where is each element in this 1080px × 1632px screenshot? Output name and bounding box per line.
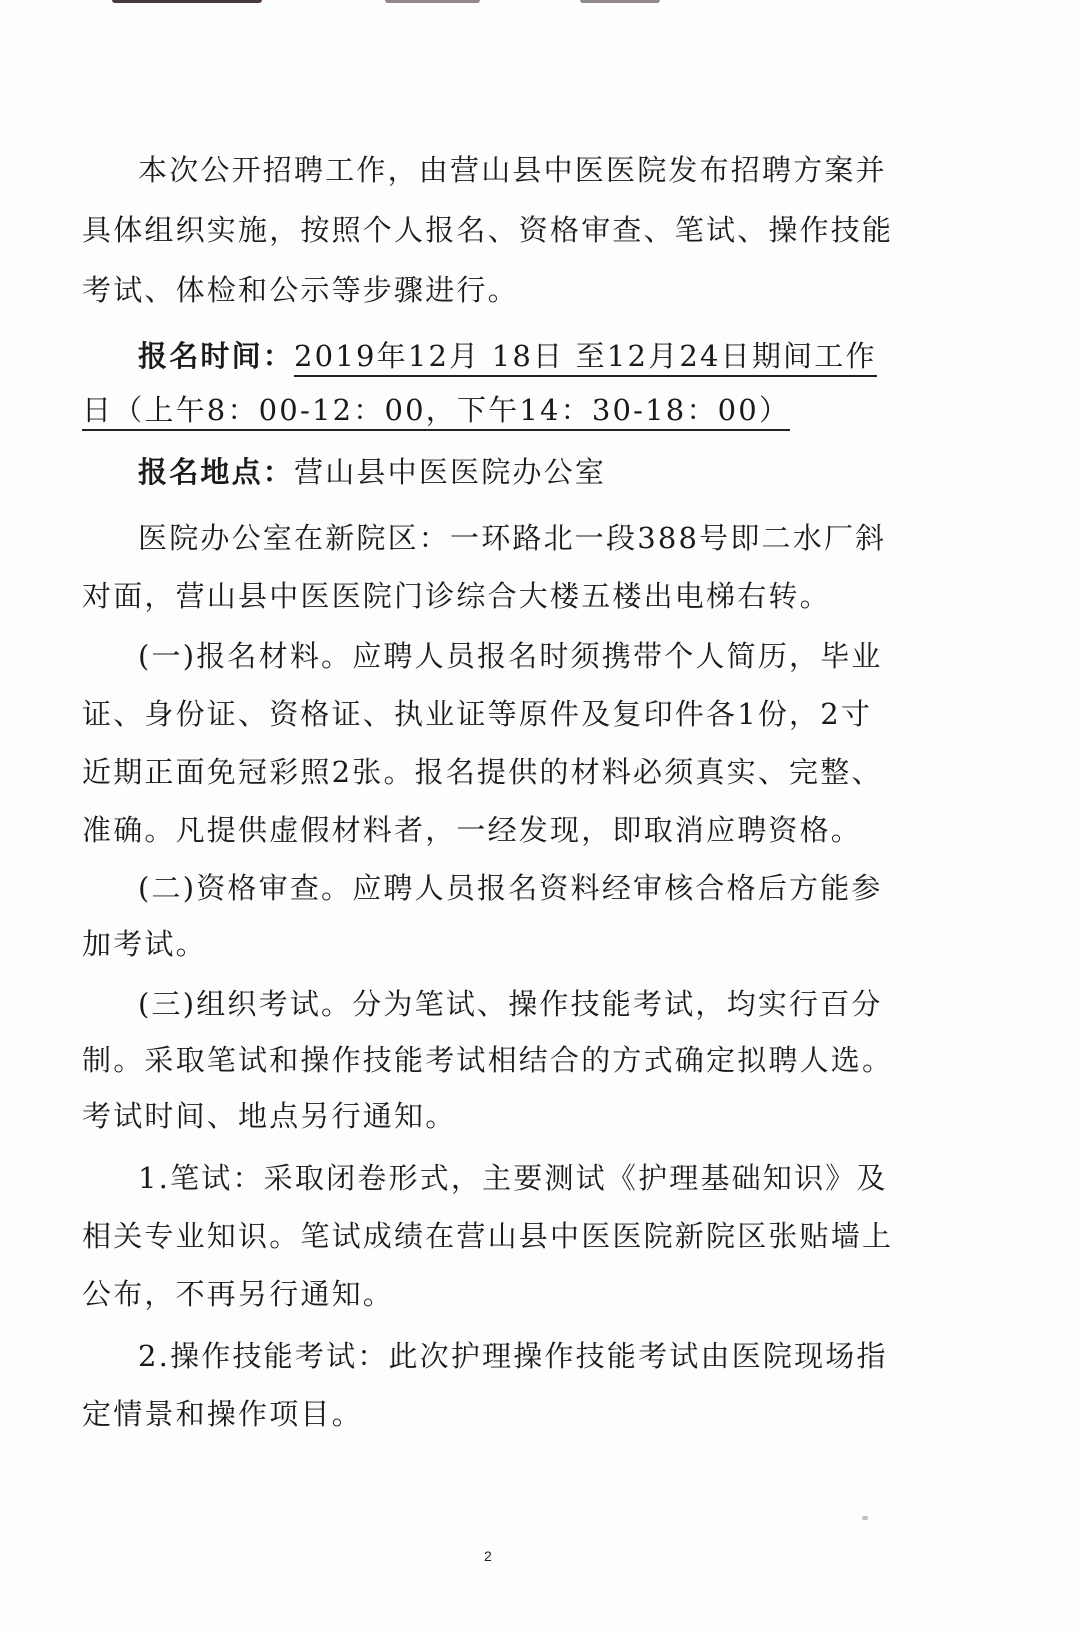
text-line: (三)组织考试。分为笔试、操作技能考试，均实行百分 xyxy=(138,984,883,1024)
text-line: 相关专业知识。笔试成绩在营山县中医医院新院区张贴墙上 xyxy=(82,1216,893,1256)
text-line: 制。采取笔试和操作技能考试相结合的方式确定拟聘人选。 xyxy=(82,1040,893,1080)
page-number: 2 xyxy=(484,1548,492,1564)
text-line: 考试时间、地点另行通知。 xyxy=(82,1096,456,1136)
registration-time-value: 2019年12月 18日 至12月24日期间工作 xyxy=(294,339,877,377)
text-line: 考试、体检和公示等步骤进行。 xyxy=(82,270,519,310)
text-line: 本次公开招聘工作，由营山县中医医院发布招聘方案并 xyxy=(138,150,887,190)
text-line: 2.操作技能考试：此次护理操作技能考试由医院现场指 xyxy=(138,1336,888,1376)
scan-artifact xyxy=(580,0,660,3)
registration-place-label: 报名地点： xyxy=(138,455,294,489)
text-line: 加考试。 xyxy=(82,924,207,964)
text-line: 证、身份证、资格证、执业证等原件及复印件各1份，2寸 xyxy=(82,694,872,734)
text-line: (二)资格审查。应聘人员报名资料经审核合格后方能参 xyxy=(138,868,883,908)
text-line: 准确。凡提供虚假材料者，一经发现，即取消应聘资格。 xyxy=(82,810,862,850)
text-line: 具体组织实施，按照个人报名、资格审查、笔试、操作技能 xyxy=(82,210,893,250)
text-line: 医院办公室在新院区：一环路北一段388号即二水厂斜 xyxy=(138,518,886,558)
text-line: 对面，营山县中医医院门诊综合大楼五楼出电梯右转。 xyxy=(82,576,831,616)
text-line: 近期正面免冠彩照2张。报名提供的材料必须真实、完整、 xyxy=(82,752,883,792)
registration-time-hours: 日（上午8：00-12：00，下午14：30-18：00） xyxy=(82,393,790,431)
text-line: 公布，不再另行通知。 xyxy=(82,1274,394,1314)
registration-time-label: 报名时间： xyxy=(138,339,294,373)
text-line: 1.笔试：采取闭卷形式，主要测试《护理基础知识》及 xyxy=(138,1158,888,1198)
scan-artifact xyxy=(862,1516,868,1520)
text-line: (一)报名材料。应聘人员报名时须携带个人简历，毕业 xyxy=(138,636,883,676)
registration-time-line: 报名时间：2019年12月 18日 至12月24日期间工作 xyxy=(138,336,877,376)
text-line: 定情景和操作项目。 xyxy=(82,1394,363,1434)
registration-time-line: 日（上午8：00-12：00，下午14：30-18：00） xyxy=(82,390,790,430)
scan-artifact xyxy=(385,0,480,3)
scan-artifact xyxy=(112,0,262,3)
registration-place-line: 报名地点：营山县中医医院办公室 xyxy=(138,452,606,492)
registration-place-value: 营山县中医医院办公室 xyxy=(294,455,606,489)
